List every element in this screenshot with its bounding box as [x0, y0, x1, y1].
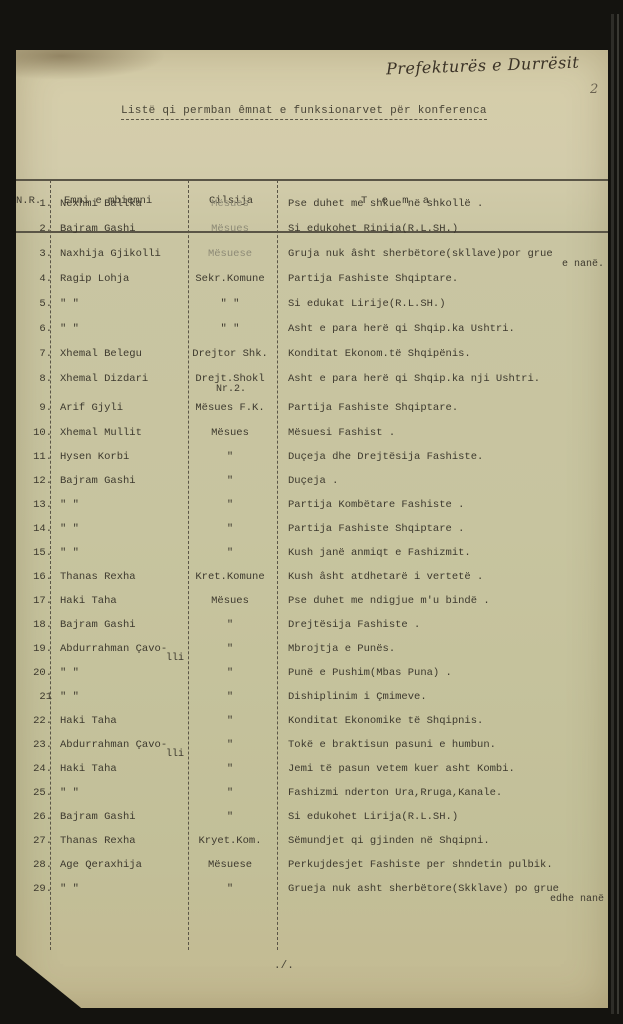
person-name: Bajram Gashi — [60, 475, 136, 487]
table-row: 25." ""Fashizmi nderton Ura,Rruga,Kanale… — [16, 787, 608, 811]
row-number: 25. — [20, 787, 52, 799]
conference-topic: Mbrojtja e Punës. — [288, 643, 395, 655]
person-name: " " — [60, 523, 79, 535]
person-name: Xhemal Dizdari — [60, 373, 148, 385]
conference-topic: Dishiplinim i Çmimeve. — [288, 691, 427, 703]
table-row: 14." ""Partija Fashiste Shqiptare . — [16, 523, 608, 547]
person-name: Abdurrahman Çavo- — [60, 739, 167, 751]
conference-topic: Konditat Ekonomike të Shqipnis. — [288, 715, 483, 727]
conference-topic: Partija Kombëtare Fashiste . — [288, 499, 464, 511]
table-row: 24.Haki Taha"Jemi të pasun vetem kuer as… — [16, 763, 608, 787]
person-name: Abdurrahman Çavo- — [60, 643, 167, 655]
conference-topic: Duçeja dhe Drejtësija Fashiste. — [288, 451, 483, 463]
table-row: 29." ""Grueja nuk asht sherbëtore(Skklav… — [16, 883, 608, 907]
person-role: " — [184, 787, 276, 799]
person-name: Bajram Gashi — [60, 619, 136, 631]
person-role: " — [184, 667, 276, 679]
table-row: 23.Abdurrahman Çavo-"Tokë e braktisun pa… — [16, 739, 608, 763]
conference-topic: Mësuesi Fashist . — [288, 427, 395, 439]
person-name: Nexhmi Ballka — [60, 198, 142, 210]
person-role: " — [184, 811, 276, 823]
row-number: 19. — [20, 643, 52, 655]
paper-stain — [16, 50, 166, 80]
person-name: Naxhija Gjikolli — [60, 248, 161, 260]
row-number: 28. — [20, 859, 52, 871]
person-role: " — [184, 715, 276, 727]
document-title: Listë qi permban êmnat e funksionarvet p… — [121, 105, 487, 120]
conference-topic: Duçeja . — [288, 475, 338, 487]
frame-edge — [617, 14, 619, 1014]
row-number: 13. — [20, 499, 52, 511]
person-role: Sekr.Komune — [184, 273, 276, 285]
person-role: " — [184, 763, 276, 775]
document-page: Prefekturës e Durrësit 2 Listë qi permba… — [16, 50, 608, 1008]
table-row: 7.Xhemal BeleguDrejtor Shk.Konditat Ekon… — [16, 348, 608, 372]
row-number: 18. — [20, 619, 52, 631]
table-row: 9.Arif GjyliMësues F.K.Partija Fashiste … — [16, 402, 608, 426]
row-number: 16. — [20, 571, 52, 583]
row-number: 11. — [20, 451, 52, 463]
row-number: 7. — [20, 348, 52, 360]
page-number: 2 — [590, 82, 598, 97]
row-number: 26. — [20, 811, 52, 823]
person-role: Drejtor Shk. — [184, 348, 276, 360]
person-name: " " — [60, 691, 79, 703]
table-row: 18.Bajram Gashi"Drejtësija Fashiste . — [16, 619, 608, 643]
person-role: Mësues F.K. — [184, 402, 276, 414]
person-role: " — [184, 691, 276, 703]
person-name: Thanas Rexha — [60, 835, 136, 847]
person-name: Bajram Gashi — [60, 223, 136, 235]
row-number: 1. — [20, 198, 52, 210]
conference-topic: Fashizmi nderton Ura,Rruga,Kanale. — [288, 787, 502, 799]
person-role: " — [184, 451, 276, 463]
person-role: " — [184, 523, 276, 535]
conference-topic: Jemi të pasun vetem kuer asht Kombi. — [288, 763, 515, 775]
table-row: 5." "" "Si edukat Lirije(R.L.SH.) — [16, 298, 608, 322]
row-number: 17. — [20, 595, 52, 607]
table-row: 11.Hysen Korbi"Duçeja dhe Drejtësija Fas… — [16, 451, 608, 475]
row-number: 15. — [20, 547, 52, 559]
conference-topic: Kush âsht atdhetarë i vertetë . — [288, 571, 483, 583]
conference-topic: Partija Fashiste Shqiptare. — [288, 402, 458, 414]
person-name: " " — [60, 667, 79, 679]
person-name: Ragip Lohja — [60, 273, 129, 285]
table-row: 2.Bajram GashiMësuesSi edukohet Rinija(R… — [16, 223, 608, 247]
row-number: 20. — [20, 667, 52, 679]
person-role: Mësuese — [184, 248, 276, 260]
person-name: Hysen Korbi — [60, 451, 129, 463]
row-number: 21 — [20, 691, 52, 703]
person-role-continuation: Nr.2. — [216, 384, 246, 395]
person-role: Kryet.Kom. — [184, 835, 276, 847]
table-row: 4.Ragip LohjaSekr.KomunePartija Fashiste… — [16, 273, 608, 297]
table-row: 3.Naxhija GjikolliMësueseGruja nuk âsht … — [16, 248, 608, 272]
conference-topic: Punë e Pushim(Mbas Puna) . — [288, 667, 452, 679]
end-mark: ./. — [274, 960, 294, 972]
row-number: 24. — [20, 763, 52, 775]
row-number: 3. — [20, 248, 52, 260]
table-row: 20." ""Punë e Pushim(Mbas Puna) . — [16, 667, 608, 691]
conference-topic: Perkujdesjet Fashiste per shndetin pulbi… — [288, 859, 553, 871]
table-row: 28.Age QeraxhijaMësuesePerkujdesjet Fash… — [16, 859, 608, 883]
row-number: 22. — [20, 715, 52, 727]
row-number: 23. — [20, 739, 52, 751]
person-name: Bajram Gashi — [60, 811, 136, 823]
conference-topic: Drejtësija Fashiste . — [288, 619, 420, 631]
table-row: 8.Xhemal DizdariDrejt.ShoklAsht e para h… — [16, 373, 608, 397]
table-top-rule — [16, 179, 608, 181]
person-name: " " — [60, 499, 79, 511]
conference-topic: Gruja nuk âsht sherbëtore(skllave)por gr… — [288, 248, 553, 260]
table-row: 1.Nexhmi BallkaMësuesPse duhet me shkue … — [16, 198, 608, 222]
row-number: 2. — [20, 223, 52, 235]
person-role: " — [184, 643, 276, 655]
person-role: " — [184, 619, 276, 631]
table-row: 12.Bajram Gashi"Duçeja . — [16, 475, 608, 499]
person-name-continuation: lli — [166, 749, 184, 760]
table-row: 6." "" "Asht e para herë qi Shqip.ka Ush… — [16, 323, 608, 347]
conference-topic: Asht e para herë qi Shqip.ka nji Ushtri. — [288, 373, 540, 385]
person-role: Mësues — [184, 427, 276, 439]
conference-topic: Asht e para herë qi Shqip.ka Ushtri. — [288, 323, 515, 335]
person-role: Mësues — [184, 223, 276, 235]
person-role: " — [184, 883, 276, 895]
person-name: Haki Taha — [60, 715, 117, 727]
person-role: Mësues — [184, 595, 276, 607]
person-name: Xhemal Mullit — [60, 427, 142, 439]
row-number: 14. — [20, 523, 52, 535]
table-row: 22.Haki Taha"Konditat Ekonomike të Shqip… — [16, 715, 608, 739]
row-number: 29. — [20, 883, 52, 895]
conference-topic-continuation: edhe nanë — [550, 894, 604, 905]
table-row: 19.Abdurrahman Çavo-"Mbrojtja e Punës.ll… — [16, 643, 608, 667]
table-row: 27.Thanas RexhaKryet.Kom.Sëmundjet qi gj… — [16, 835, 608, 859]
table-row: 10.Xhemal MullitMësuesMësuesi Fashist . — [16, 427, 608, 451]
row-number: 8. — [20, 373, 52, 385]
conference-topic: Si edukat Lirije(R.L.SH.) — [288, 298, 446, 310]
person-role: " — [184, 739, 276, 751]
row-number: 6. — [20, 323, 52, 335]
person-role: Kret.Komune — [184, 571, 276, 583]
handwritten-note: Prefekturës e Durrësit — [386, 53, 580, 79]
person-name: Haki Taha — [60, 763, 117, 775]
row-number: 27. — [20, 835, 52, 847]
table-row: 17.Haki TahaMësuesPse duhet me ndigjue m… — [16, 595, 608, 619]
conference-topic: Partija Fashiste Shqiptare. — [288, 273, 458, 285]
conference-topic: Pse duhet me shkue në shkollë . — [288, 198, 483, 210]
table-row: 26.Bajram Gashi"Si edukohet Lirija(R.L.S… — [16, 811, 608, 835]
person-name: " " — [60, 787, 79, 799]
person-role: " — [184, 499, 276, 511]
person-name: " " — [60, 547, 79, 559]
person-role: Mësuese — [184, 859, 276, 871]
conference-topic: Si edukohet Lirija(R.L.SH.) — [288, 811, 458, 823]
conference-topic: Sëmundjet qi gjinden në Shqipni. — [288, 835, 490, 847]
conference-topic-continuation: e nanë. — [562, 259, 604, 270]
person-name: " " — [60, 323, 79, 335]
person-name: Haki Taha — [60, 595, 117, 607]
row-number: 12. — [20, 475, 52, 487]
table-row: 21" ""Dishiplinim i Çmimeve. — [16, 691, 608, 715]
conference-topic: Si edukohet Rinija(R.L.SH.) — [288, 223, 458, 235]
person-name: " " — [60, 883, 79, 895]
conference-topic: Pse duhet me ndigjue m'u bindë . — [288, 595, 490, 607]
person-name: Age Qeraxhija — [60, 859, 142, 871]
person-name: Arif Gjyli — [60, 402, 123, 414]
conference-topic: Grueja nuk asht sherbëtore(Skklave) po g… — [288, 883, 559, 895]
row-number: 9. — [20, 402, 52, 414]
conference-topic: Kush janë anmiqt e Fashizmit. — [288, 547, 471, 559]
person-role: " " — [184, 323, 276, 335]
row-number: 10. — [20, 427, 52, 439]
person-role: Mësues — [184, 198, 276, 210]
person-role: " — [184, 475, 276, 487]
table-row: 15." ""Kush janë anmiqt e Fashizmit. — [16, 547, 608, 571]
conference-topic: Partija Fashiste Shqiptare . — [288, 523, 464, 535]
table-row: 13." ""Partija Kombëtare Fashiste . — [16, 499, 608, 523]
conference-topic: Tokë e braktisun pasuni e humbun. — [288, 739, 496, 751]
person-role: " " — [184, 298, 276, 310]
frame-edge — [611, 14, 614, 1014]
person-name: Thanas Rexha — [60, 571, 136, 583]
row-number: 4. — [20, 273, 52, 285]
person-name: Xhemal Belegu — [60, 348, 142, 360]
conference-topic: Konditat Ekonom.të Shqipënis. — [288, 348, 471, 360]
person-name: " " — [60, 298, 79, 310]
person-role: " — [184, 547, 276, 559]
table-row: 16.Thanas RexhaKret.KomuneKush âsht atdh… — [16, 571, 608, 595]
person-name-continuation: lli — [166, 653, 184, 664]
row-number: 5. — [20, 298, 52, 310]
